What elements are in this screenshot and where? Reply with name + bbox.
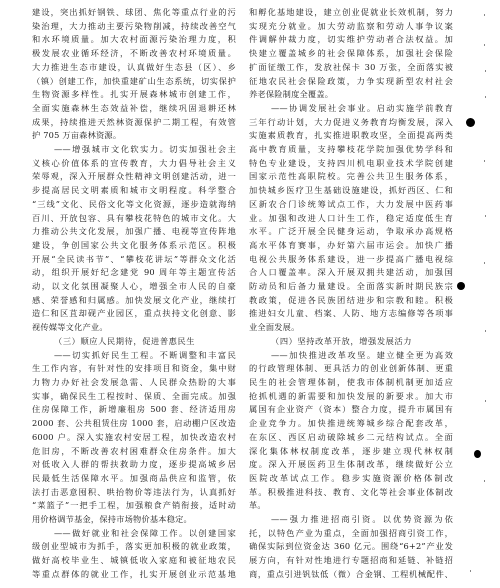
text-line: 等重点群体的就业工作，扎实开展创业示范基地 xyxy=(32,568,236,582)
text-line: 医院改革试点工作。稳步实施资源价格体制改 xyxy=(249,472,453,486)
text-line: 养老保险制度全覆盖。 xyxy=(249,88,453,102)
text-line: 推进妇女儿童、档案、人防、地方志编修等各项事 xyxy=(249,307,453,321)
text-line: （镇）创建工作，加快重建矿山生态系统，切实保护 xyxy=(32,75,236,89)
text-line: 住房保障工作，新增廉租房 500 套、经济适用房 xyxy=(32,403,236,417)
text-line: 高中教育质量，支持攀枝花学院加强优势学科和 xyxy=(249,143,453,157)
text-line: 区新农合门诊统筹试点工作，大力发展中医药事 xyxy=(249,198,453,212)
text-line: 防动员和后备力量建设。全面落实新时期民族宗 xyxy=(249,280,453,294)
scan-speck xyxy=(485,96,486,98)
text-line: 建设，争创国家公共文化服务体系示范区。积极 xyxy=(32,239,236,253)
text-line: 2000 套、公共租赁住房 1000 套，启动棚户区改造 xyxy=(32,417,236,431)
scan-speck xyxy=(484,14,485,16)
scan-blot xyxy=(474,450,481,458)
text-line: 展方向，有针对性地进行专题招商和延链、补链招 xyxy=(249,554,453,568)
text-line: 视传媒等文化产业。 xyxy=(32,321,236,335)
text-line: 加快城乡医疗卫生基础设施建设，抓好西区、仁和 xyxy=(249,184,453,198)
text-line: 民生的社会管理体制，使我市体制机制更加适应 xyxy=(249,376,453,390)
scan-speck xyxy=(485,330,486,332)
text-line: ——切实抓好民生工程。不断调整和丰富民 xyxy=(32,349,236,363)
text-line: 度。深入开展医药卫生体制改革，继续做好公立 xyxy=(249,458,453,472)
text-line: 在东区、西区启动破除城乡二元结构试点。全面 xyxy=(249,431,453,445)
text-line: 水平。广泛开展全民健身运动，争取承办高规格 xyxy=(249,225,453,239)
scan-blot xyxy=(466,118,475,127)
text-line: 感、荣誉感和归属感。加快发展文化产业，继续打 xyxy=(32,294,236,308)
text-line: 做好高校毕业生、城镇低收入家庭和被征地农民 xyxy=(32,554,236,568)
text-line: 危旧房，不断改善农村困难群众住房条件。加大 xyxy=(32,445,236,459)
text-line: 和孵化基地建设，建立创业促就业长效机制，努力 xyxy=(249,6,453,20)
section-heading: （三）顺应人民期待，促进普惠民生 xyxy=(32,335,236,349)
text-line: 极发展农业循环经济，不断改善农村环境质量。 xyxy=(32,47,236,61)
text-line: 开展“全民读书节”、“攀枝花讲坛”等群众文化活 xyxy=(32,253,236,267)
text-line: 力物力办好社会发展急需、人民群众热盼的大事 xyxy=(32,376,236,390)
text-line: 属国有企业资产（资本）整合力度，提升市属国有 xyxy=(249,403,453,417)
text-line: 大力推进生态市建设，认真做好生态县（区）、乡 xyxy=(32,61,236,75)
scan-speck xyxy=(484,480,485,482)
text-line: 深化集体林权制度改革，逐步建立现代林权制 xyxy=(249,445,453,459)
scan-speck xyxy=(484,44,485,46)
text-line: “三线”文化、民俗文化等文化资源，逐步造就海纳 xyxy=(32,198,236,212)
text-line: ——强力推进招商引资。以优势资源为依 xyxy=(249,513,453,527)
text-line: 造仁和区苴却砚产业园区，重点扶持文化创意、影 xyxy=(32,307,236,321)
text-line: 实事，确保民生工程按时、保质、全面完成。加强 xyxy=(32,390,236,404)
text-line: ——加快推进改革攻坚。建立健全更为高效 xyxy=(249,349,453,363)
scan-speck xyxy=(485,400,486,402)
scan-speck xyxy=(484,160,485,162)
text-line: 征地农民社会保险政策，力争实现新型农村社会 xyxy=(249,75,453,89)
text-line: 义核心价值体系的宣传教育，大力倡导社会主义 xyxy=(32,157,236,171)
text-line: 企业竞争力。加快推进统筹城乡综合配套改革， xyxy=(249,417,453,431)
scan-speck xyxy=(485,70,486,72)
text-line: 业。加强和改进人口计生工作，稳定适度低生育 xyxy=(249,212,453,226)
text-line: 法打击恶意囤积、哄抬物价等违法行为，认真抓好 xyxy=(32,486,236,500)
text-line: 快建立覆盖城乡的社会保障体系，加强社会保险 xyxy=(249,47,453,61)
text-line: 电视公共服务体系建设，进一步提高广播电视综 xyxy=(249,253,453,267)
text-line: 确保实际到位资金达 360 亿元。围绕“6+2”产业发 xyxy=(249,540,453,554)
text-line: 民最低生活保障水平。加强商品供应和监管，依 xyxy=(32,472,236,486)
right-margin-scan-artifacts xyxy=(452,0,500,588)
text-line: 步提高居民文明素质和城市文明程度。科学整合 xyxy=(32,184,236,198)
text-line: 用价格调节基金，保持市场物价基本稳定。 xyxy=(32,513,236,527)
text-line: 的行政管理体制、更具活力的创业创新体制、更重 xyxy=(249,362,453,376)
text-line: 三年行动计划，大力促进义务教育均衡发展，深入 xyxy=(249,116,453,130)
text-line: 百川、开放包容、具有攀枝花特色的城市文化。大 xyxy=(32,212,236,226)
scan-speck xyxy=(485,215,486,217)
scan-blot xyxy=(457,282,465,290)
text-line: 抢抓机遇的新需要和加快发展的新要求。加大市 xyxy=(249,390,453,404)
text-line: ——增强城市文化软实力。切实加强社会主 xyxy=(32,143,236,157)
text-line: 对低收入人群的帮扶救助力度，逐步提高城乡居 xyxy=(32,458,236,472)
text-line: 国家示范性高职院校。完善公共卫生服务体系， xyxy=(249,170,453,184)
text-line: 染治理，大力推动主要污染物削减，持续改善空气 xyxy=(32,20,236,34)
text-line: 合人口覆盖率。深入开展双拥共建活动，加强国 xyxy=(249,266,453,280)
text-line: “菜篮子”一把手工程，加强粮食产销衔接，适时动 xyxy=(32,499,236,513)
text-line: 特色专业建设，支持四川机电职业技术学院创建 xyxy=(249,157,453,171)
text-line: 件调解仲裁力度，切实维护劳动者合法权益。加 xyxy=(249,33,453,47)
text-line: 荣辱观，深入开展群众性精神文明创建活动，进一 xyxy=(32,170,236,184)
right-text-column: 和孵化基地建设，建立创业促就业长效机制，努力实现充分就业。加大劳动监察和劳动人事… xyxy=(249,6,453,582)
text-line: 建设，突出抓好钢铁、球团、焦化等重点行业的污 xyxy=(32,6,236,20)
text-line: 革。积极推进科技、教育、文化等社会事业体制改 xyxy=(249,486,453,500)
text-line: 生工作内容，有针对性的安排项目和资金，集中财 xyxy=(32,362,236,376)
scan-speck xyxy=(470,570,471,572)
text-line: 全面实施森林生态效益补偿，继续巩固退耕还林 xyxy=(32,102,236,116)
text-line: 生物资源多样性。扎实开展森林城市创建工作， xyxy=(32,88,236,102)
text-line: 级创业型城市为抓手，落实更加积极的就业政策， xyxy=(32,540,236,554)
section-heading: （四）坚持改革开放，增强发展活力 xyxy=(249,335,453,349)
text-line: ——做好就业和社会保障工作。以创建国家 xyxy=(32,527,236,541)
text-line: 动，以文化氛围凝聚人心，增强全市人民的自豪 xyxy=(32,280,236,294)
text-line: 商，重点引进钒钛低（微）合金钢、工程机械配件、 xyxy=(249,568,453,582)
scanned-document-page: 建设，突出抓好钢铁、球团、焦化等重点行业的污染治理，大力推动主要污染物削减，持续… xyxy=(0,0,500,588)
text-line: 业全面发展。 xyxy=(249,321,453,335)
left-text-column: 建设，突出抓好钢铁、球团、焦化等重点行业的污染治理，大力推动主要污染物削减，持续… xyxy=(32,6,236,582)
text-line: 实现充分就业。加大劳动监察和劳动人事争议案 xyxy=(249,20,453,34)
text-line: ——协调发展社会事业。启动实施学前教育 xyxy=(249,102,453,116)
text-line: 实施素质教育，扎实推进职教攻坚，全面提高两类 xyxy=(249,129,453,143)
text-line: 托，以特色产业为重点，全面加强招商引资工作， xyxy=(249,527,453,541)
text-line: 力推动公共文化发展，加强广播、电视等宣传阵地 xyxy=(32,225,236,239)
text-line: 成果，持续推进天然林资源保护二期工程，有效管 xyxy=(32,116,236,130)
text-line: 扩面征缴工作，发放社保卡 30 万张，全面落实被 xyxy=(249,61,453,75)
text-line: 6000 户。深入实施农村安居工程，加快改造农村 xyxy=(32,431,236,445)
scan-speck xyxy=(484,262,485,264)
text-line: 动，组织开展好纪念建党 90 周年等主题宣传活 xyxy=(32,266,236,280)
text-line: 高水平体育赛事，办好第六届市运会。加快广播 xyxy=(249,239,453,253)
text-line: 和水环境质量。加大农村面源污染治理力度，积 xyxy=(32,33,236,47)
text-line: 教政策，促进各民族团结进步和宗教和睦。积极 xyxy=(249,294,453,308)
text-line: 革。 xyxy=(249,499,453,513)
text-line: 护 705 万亩森林资源。 xyxy=(32,129,236,143)
